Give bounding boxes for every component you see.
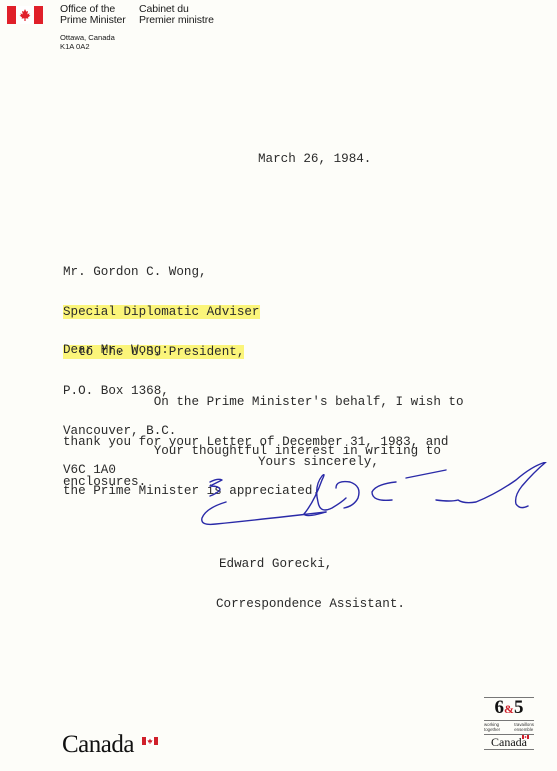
wordmark-flag-icon bbox=[142, 737, 158, 745]
salutation: Dear Mr. Wong: bbox=[63, 344, 169, 357]
badge-flag-icon bbox=[522, 735, 529, 739]
canada-flag-icon bbox=[7, 6, 43, 24]
canada-wordmark-text: Canada bbox=[62, 731, 134, 758]
badge-six: 6 bbox=[495, 697, 505, 718]
paragraph-line: Your thoughtful interest in writing to bbox=[63, 445, 441, 458]
badge-tagline-en: working together bbox=[484, 723, 500, 732]
signatory-block: Edward Gorecki, Correspondence Assistant… bbox=[216, 532, 405, 624]
badge-numerals: 6&5 bbox=[484, 697, 534, 721]
office-line: Premier ministre bbox=[139, 15, 214, 26]
handwritten-signature bbox=[196, 462, 556, 542]
signatory-title: Correspondence Assistant. bbox=[216, 598, 405, 611]
tagline-line: ensemble bbox=[514, 728, 534, 733]
six-and-five-badge: 6&5 working together travaillons ensembl… bbox=[484, 697, 534, 750]
tagline-line: together bbox=[484, 728, 500, 733]
signatory-name-text: Edward Gorecki, bbox=[219, 557, 332, 571]
badge-ampersand: & bbox=[504, 702, 514, 716]
canada-wordmark: Canada bbox=[62, 731, 134, 759]
office-line: Prime Minister bbox=[60, 15, 126, 26]
office-address: Ottawa, Canada K1A 0A2 bbox=[60, 34, 115, 51]
recipient-title: Special Diplomatic Adviser bbox=[63, 306, 260, 319]
badge-five: 5 bbox=[514, 697, 524, 718]
badge-tagline-fr: travaillons ensemble bbox=[514, 723, 534, 732]
office-name-en: Office of the Prime Minister bbox=[60, 4, 126, 26]
signatory-title-text: Correspondence Assistant. bbox=[216, 597, 405, 611]
address-line: K1A 0A2 bbox=[60, 43, 115, 52]
letter-date: March 26, 1984. bbox=[258, 153, 371, 166]
office-name-fr: Cabinet du Premier ministre bbox=[139, 4, 214, 26]
signatory-name: Edward Gorecki, bbox=[216, 558, 405, 571]
recipient-name: Mr. Gordon C. Wong, bbox=[63, 266, 260, 279]
highlighted-title-line: Special Diplomatic Adviser bbox=[63, 305, 260, 319]
badge-canada-wordmark: Canada bbox=[484, 735, 534, 750]
badge-tagline: working together travaillons ensemble bbox=[484, 723, 534, 735]
paragraph-line: On the Prime Minister's behalf, I wish t… bbox=[63, 396, 464, 409]
